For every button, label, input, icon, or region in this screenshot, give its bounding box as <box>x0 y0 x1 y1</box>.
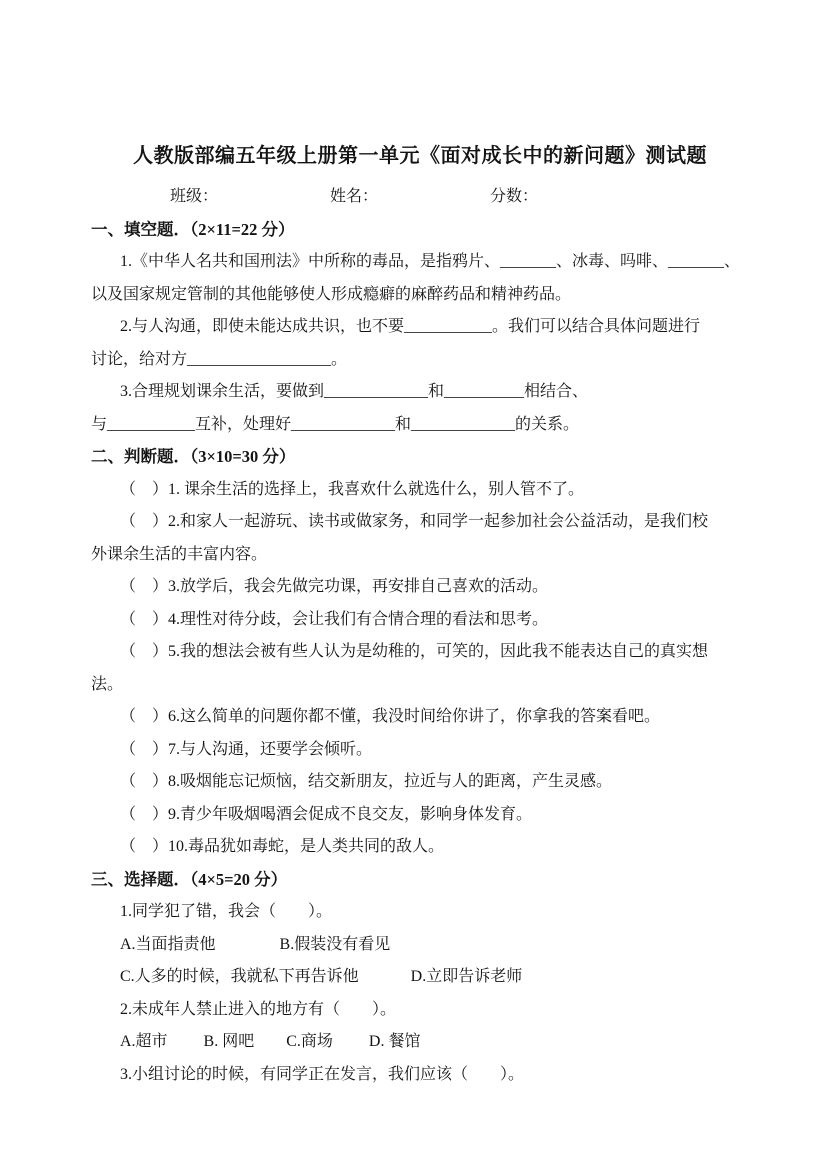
section-heading: 三、选择题．（4×5=20 分） <box>91 864 749 897</box>
text-line: 讨论，给对方__________________。 <box>91 344 749 377</box>
text-line: A.超市 B. 网吧 C.商场 D. 餐馆 <box>91 1026 749 1059</box>
text-line: （ ）5.我的想法会被有些人认为是幼稚的，可笑的，因此我不能表达自己的真实想 <box>91 636 749 669</box>
document-body: 人教版部编五年级上册第一单元《面对成长中的新问题》测试题 班级：姓名：分数： 一… <box>0 0 827 1091</box>
section-heading: 二、判断题．（3×10=30 分） <box>91 441 749 474</box>
test-paper-page: 人教版部编五年级上册第一单元《面对成长中的新问题》测试题 班级：姓名：分数： 一… <box>0 0 827 1169</box>
text-line: （ ）3.放学后，我会先做完功课，再安排自己喜欢的活动。 <box>91 571 749 604</box>
text-line: 外课余生活的丰富内容。 <box>91 539 749 572</box>
score-label: 分数： <box>490 181 538 214</box>
text-line: A.当面指责他 B.假装没有看见 <box>91 929 749 962</box>
text-line: （ ）8.吸烟能忘记烦恼，结交新朋友，拉近与人的距离，产生灵感。 <box>91 766 749 799</box>
text-line: 与___________互补，处理好_____________和________… <box>91 409 749 442</box>
document-lines: 一、填空题．（2×11=22 分）1.《中华人名共和国刑法》中所称的毒品，是指鸦… <box>91 214 749 1092</box>
text-line: （ ）1. 课余生活的选择上，我喜欢什么就选什么，别人管不了。 <box>91 474 749 507</box>
class-label: 班级： <box>170 181 330 214</box>
text-line: （ ）10.毒品犹如毒蛇，是人类共同的敌人。 <box>91 831 749 864</box>
text-line: （ ）7.与人沟通，还要学会倾听。 <box>91 734 749 767</box>
text-line: 1.同学犯了错，我会（ ）。 <box>91 896 749 929</box>
name-label: 姓名： <box>330 181 490 214</box>
text-line: 2.与人沟通，即使未能达成共识，也不要___________。我们可以结合具体问… <box>91 311 749 344</box>
text-line: 3.合理规划课余生活，要做到_____________和__________相结… <box>91 376 749 409</box>
text-line: 3.小组讨论的时候，有同学正在发言，我们应该（ ）。 <box>91 1059 749 1092</box>
text-line: 2.未成年人禁止进入的地方有（ ）。 <box>91 994 749 1027</box>
text-line: 1.《中华人名共和国刑法》中所称的毒品，是指鸦片、_______、冰毒、吗啡、_… <box>91 246 749 279</box>
text-line: 以及国家规定管制的其他能够使人形成瘾癖的麻醉药品和精神药品。 <box>91 279 749 312</box>
page-title: 人教版部编五年级上册第一单元《面对成长中的新问题》测试题 <box>91 141 749 171</box>
text-line: 法。 <box>91 669 749 702</box>
text-line: （ ）6.这么简单的问题你都不懂，我没时间给你讲了，你拿我的答案看吧。 <box>91 701 749 734</box>
section-heading: 一、填空题．（2×11=22 分） <box>91 214 749 247</box>
text-line: （ ）2.和家人一起游玩、读书或做家务，和同学一起参加社会公益活动，是我们校 <box>91 506 749 539</box>
student-info-line: 班级：姓名：分数： <box>91 181 749 214</box>
text-line: C.人多的时候，我就私下再告诉他 D.立即告诉老师 <box>91 961 749 994</box>
text-line: （ ）4.理性对待分歧，会让我们有合情合理的看法和思考。 <box>91 604 749 637</box>
text-line: （ ）9.青少年吸烟喝酒会促成不良交友，影响身体发育。 <box>91 799 749 832</box>
